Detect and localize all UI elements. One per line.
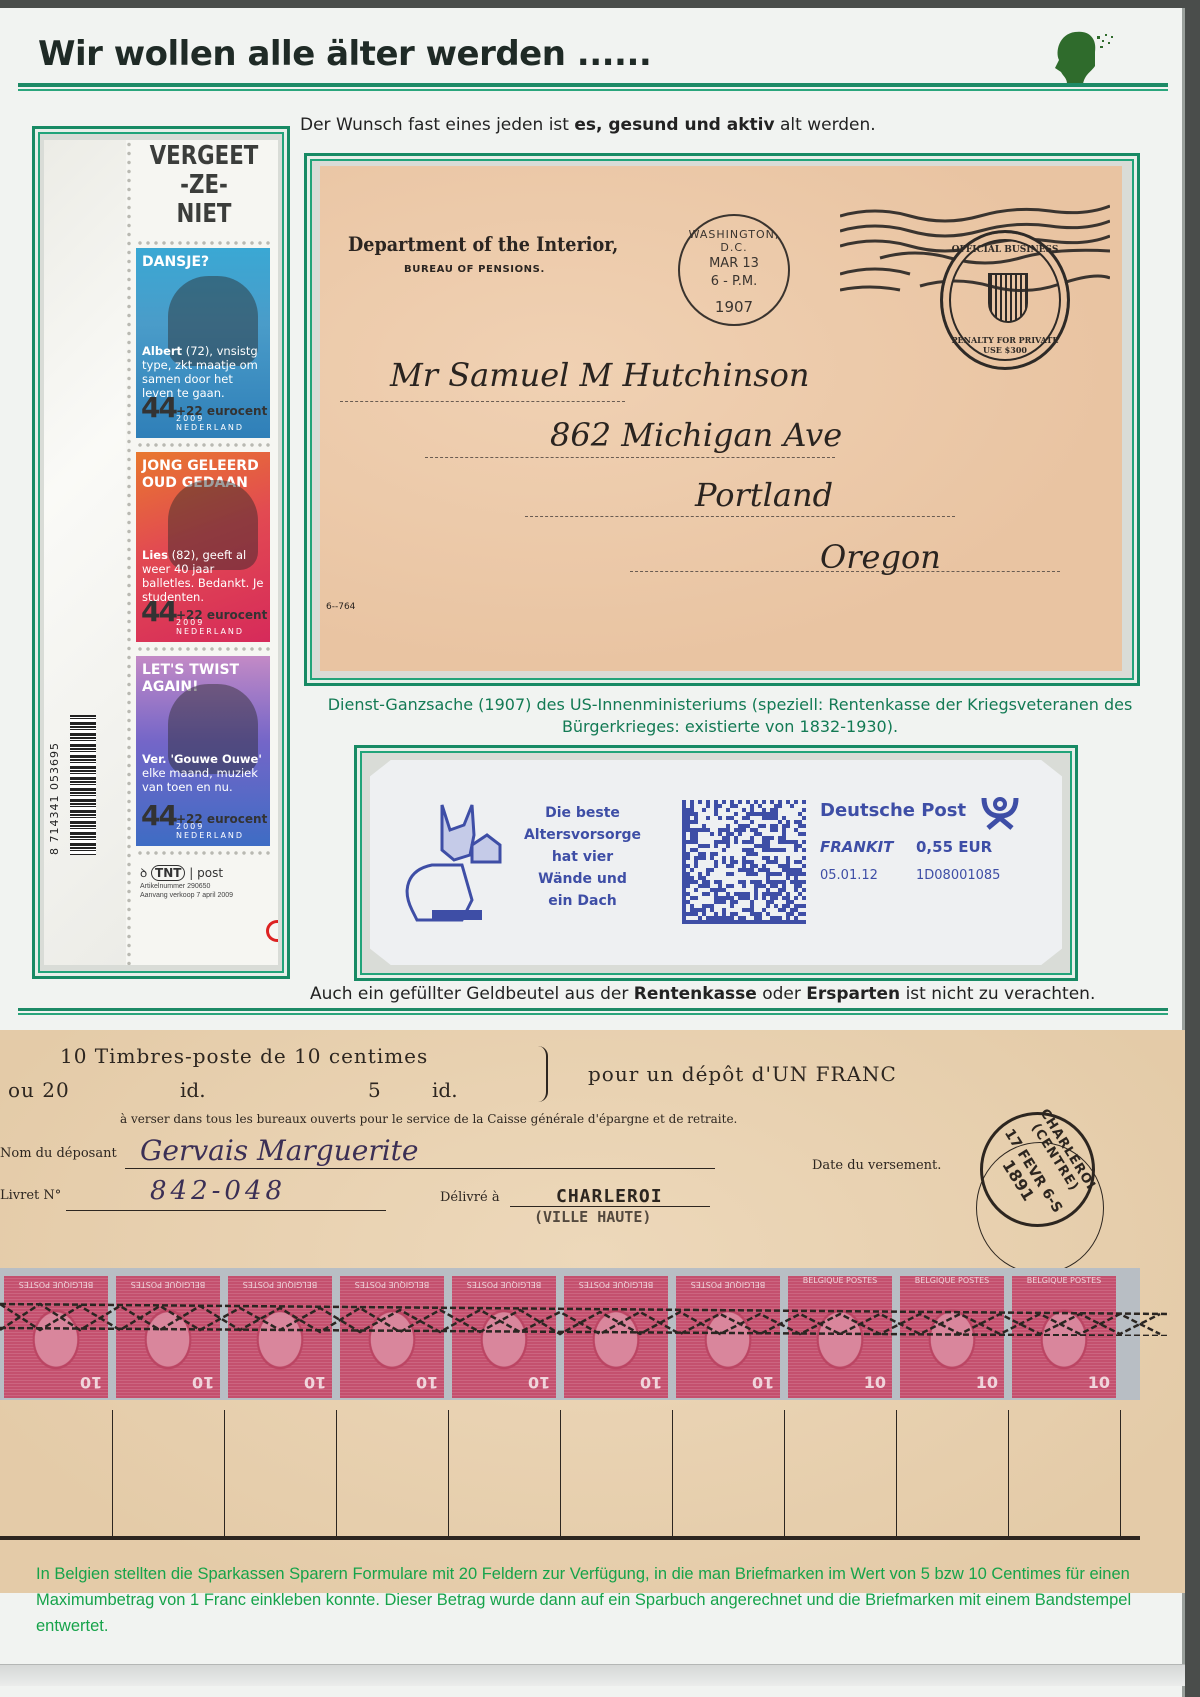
section-rule-thin	[18, 1013, 1168, 1015]
caption-post: ist nicht zu verachten.	[900, 984, 1095, 1004]
pension-bureau-cover: Department of the Interior, BUREAU OF PE…	[320, 166, 1122, 671]
washington-postmark: WASHINGTON, D.C. MAR 13 6 - P.M. 1907	[678, 214, 790, 326]
barcode-number: 8 714341 053695	[48, 715, 70, 855]
intro-bold: es, gesund und aktiv	[574, 115, 774, 135]
postmark-city: WASHINGTON, D.C.	[680, 228, 788, 254]
frankit-meter-cutout: Die beste Altersvorsorge hat vier Wände …	[370, 760, 1062, 965]
passbook-label: Livret N°	[0, 1188, 61, 1203]
tnt-post-logo: ꝺ TNT | post	[140, 864, 223, 881]
band-cancel	[0, 1296, 1170, 1336]
depositor-name: Gervais Marguerite	[140, 1134, 419, 1167]
postmark-time: 6 - P.M.	[680, 274, 788, 289]
perforation	[136, 646, 272, 652]
slogan-line: Altersvorsorge	[520, 824, 645, 846]
cover-department: Department of the Interior,	[348, 232, 618, 256]
stamp-value: 10	[1088, 1373, 1110, 1392]
stamp-value: 10	[192, 1373, 214, 1392]
address-name: Mr Samuel M Hutchinson	[390, 356, 810, 394]
stamp-country: BELGIQUE POSTES	[904, 1276, 1000, 1285]
intro-text: Der Wunsch fast eines jeden ist es, gesu…	[300, 115, 876, 135]
stamp-value: 10	[976, 1373, 998, 1392]
stamp-country: BELGIQUE POSTES	[568, 1280, 664, 1289]
belgian-10c-stamp: BELGIQUE POSTES10	[116, 1276, 220, 1398]
slogan-line: ein Dach	[520, 890, 645, 912]
head-dissolving-icon	[1045, 22, 1115, 92]
postmark-year: 1907	[680, 298, 788, 316]
caption-pre: Auch ein gefüllter Geldbeutel aus der	[310, 984, 634, 1004]
stamp-value: 10	[752, 1373, 774, 1392]
address-line	[525, 516, 955, 517]
stamp-dansje: DANSJE? Albert (72), vnsistg type, zkt m…	[136, 248, 270, 438]
meter-id: 1D08001085	[916, 868, 1000, 883]
address-state: Oregon	[820, 538, 941, 576]
belgian-10c-stamp: BELGIQUE POSTES10	[900, 1276, 1004, 1398]
stamp-value: 44	[141, 595, 176, 628]
logo-suffix: post	[197, 866, 223, 880]
slogan-line: Die beste	[520, 802, 645, 824]
belgian-10c-stamp: BELGIQUE POSTES10	[788, 1276, 892, 1398]
stamp-text: Ver. 'Gouwe Ouwe' elke maand, muziek van…	[142, 752, 266, 794]
title-line: DANSJE?	[142, 254, 209, 271]
header-rule-thin	[18, 89, 1168, 91]
header-rule	[18, 83, 1168, 87]
frankit-label: FRANKIT	[820, 838, 893, 856]
slogan-line: hat vier	[520, 846, 645, 868]
address-city: Portland	[695, 476, 833, 514]
belgian-10c-stamp: BELGIQUE POSTES10	[1012, 1276, 1116, 1398]
postmark-date: MAR 13	[680, 256, 788, 271]
stamp-country: BELGIQUE POSTES	[456, 1280, 552, 1289]
issued-at-label: Délivré à	[440, 1190, 500, 1205]
passbook-number: 842-048	[150, 1176, 286, 1206]
stamp-country: BELGIQUE POSTES	[680, 1280, 776, 1289]
passbook-line	[66, 1210, 386, 1211]
form-five: 5	[368, 1078, 381, 1102]
perforation	[136, 240, 272, 246]
form-instructions: à verser dans tous les bureaux ouverts p…	[120, 1112, 737, 1126]
form-id: id.	[180, 1078, 206, 1102]
stamp-value: 44	[141, 799, 176, 832]
belgian-10c-stamp: BELGIQUE POSTES10	[676, 1276, 780, 1398]
slogan-line: Wände und	[520, 868, 645, 890]
postage-value: 0,55 EUR	[916, 838, 992, 856]
stamp-jong-geleerd: JONG GELEERDOUD GEDAAN Lies (82), geeft …	[136, 452, 270, 642]
info-line: Artikelnummer 290650	[140, 882, 233, 891]
depositor-label: Nom du déposant	[0, 1146, 117, 1161]
belgian-10c-stamp: BELGIQUE POSTES10	[228, 1276, 332, 1398]
stamp-name: Ver. 'Gouwe Ouwe'	[142, 752, 262, 766]
info-line: Aanvang verkoop 7 april 2009	[140, 891, 233, 900]
belgian-savings-form: 10 Timbres-poste de 10 centimes ou 20 id…	[0, 1030, 1185, 1593]
datamatrix-code	[682, 800, 806, 924]
perforation	[136, 442, 272, 448]
stamp-country: BELGIQUE POSTES	[8, 1280, 104, 1289]
deutsche-post-brand: Deutsche Post	[820, 800, 966, 821]
eagle-shield-icon	[988, 273, 1028, 323]
seal-bottom-text: PENALTY FOR PRIVATE USE $300	[943, 335, 1067, 355]
field-divider	[1120, 1410, 1121, 1536]
stamp-sheetlet: VERGEET -ZE- NIET DANSJE? Albert (72), v…	[44, 140, 278, 965]
stamp-twist-again: LET'S TWISTAGAIN! Ver. 'Gouwe Ouwe' elke…	[136, 656, 270, 846]
stamp-country: BELGIQUE POSTES	[344, 1280, 440, 1289]
stamp-value: 10	[864, 1373, 886, 1392]
stamp-body: elke maand, muziek van toen en nu.	[142, 766, 258, 794]
form-id: id.	[432, 1078, 458, 1102]
field-divider	[336, 1410, 337, 1536]
title-line: LET'S TWIST	[142, 662, 239, 679]
address-line	[425, 457, 835, 458]
stamp-country: 2009 NEDERLAND	[176, 618, 270, 636]
field-divider	[784, 1410, 785, 1536]
title-line: JONG GELEERD	[142, 458, 259, 475]
stamp-name: Albert	[142, 344, 182, 358]
sheetlet-header: VERGEET -ZE- NIET	[147, 142, 262, 229]
stamp-value: 10	[80, 1373, 102, 1392]
stamp-value: 10	[304, 1373, 326, 1392]
official-business-seal: OFFICIAL BUSINESS PENALTY FOR PRIVATE US…	[940, 230, 1070, 370]
form-caption: In Belgien stellten die Sparkassen Spare…	[36, 1561, 1146, 1639]
caption-mid: oder	[757, 984, 806, 1004]
perforation	[136, 850, 272, 856]
meter-slogan: Die beste Altersvorsorge hat vier Wände …	[520, 802, 645, 912]
album-page: Wir wollen alle älter werden ...... Der …	[0, 8, 1185, 1697]
barcode	[70, 715, 96, 855]
stamp-value: 10	[528, 1373, 550, 1392]
form-line1: 10 Timbres-poste de 10 centimes	[60, 1044, 428, 1068]
stamp-title: DANSJE?	[142, 254, 209, 271]
section-rule	[18, 1008, 1168, 1011]
fox-with-house-icon	[402, 800, 502, 925]
logo-prefix: ꝺ	[140, 866, 147, 880]
field-divider	[448, 1410, 449, 1536]
belgian-10c-stamp: BELGIQUE POSTES10	[340, 1276, 444, 1398]
stamp-country: BELGIQUE POSTES	[792, 1276, 888, 1285]
cover-form-code: 6--764	[326, 602, 355, 612]
intro-pre: Der Wunsch fast eines jeden ist	[300, 115, 574, 135]
field-divider	[112, 1410, 113, 1536]
form-line2-prefix: ou 20	[8, 1078, 70, 1102]
stamp-value: 10	[416, 1373, 438, 1392]
field-divider	[224, 1410, 225, 1536]
belgian-10c-stamp: BELGIQUE POSTES10	[452, 1276, 556, 1398]
intro-post: alt werden.	[775, 115, 876, 135]
depositor-line	[125, 1168, 715, 1169]
header-line: -ZE-	[147, 171, 262, 200]
page-title: Wir wollen alle älter werden ......	[38, 34, 651, 74]
brace	[538, 1046, 548, 1102]
caption-bold: Ersparten	[806, 984, 900, 1004]
meter-date: 05.01.12	[820, 868, 878, 883]
red-corner-mark	[266, 920, 278, 942]
stamp-country: 2009 NEDERLAND	[176, 414, 270, 432]
posthorn-icon	[980, 794, 1020, 830]
logo-brand: TNT	[151, 865, 185, 881]
issued-at-stamp: CHARLEROI	[556, 1186, 663, 1207]
sheetlet-info: Artikelnummer 290650 Aanvang verkoop 7 a…	[140, 882, 233, 900]
payment-date-label: Date du versement.	[812, 1158, 941, 1173]
stamp-value: 44	[141, 391, 176, 424]
form-depot: pour un dépôt d'UN FRANC	[588, 1062, 897, 1086]
belgian-10c-stamp: BELGIQUE POSTES10	[564, 1276, 668, 1398]
stamp-country: BELGIQUE POSTES	[1016, 1276, 1112, 1285]
stamp-value: 10	[640, 1373, 662, 1392]
stamp-country: BELGIQUE POSTES	[232, 1280, 328, 1289]
field-divider	[672, 1410, 673, 1536]
field-divider	[896, 1410, 897, 1536]
meter-caption: Auch ein gefüllter Geldbeutel aus der Re…	[310, 984, 1170, 1004]
stamp-country: 2009 NEDERLAND	[176, 822, 270, 840]
belgian-10c-stamp: BELGIQUE POSTES10	[4, 1276, 108, 1398]
seal-top-text: OFFICIAL BUSINESS	[943, 245, 1067, 255]
perforation	[126, 140, 132, 965]
empty-stamp-fields	[0, 1410, 1140, 1540]
cover-caption: Dienst-Ganzsache (1907) des US-Innenmini…	[300, 694, 1160, 738]
issued-at-stamp-sub: (VILLE HAUTE)	[534, 1208, 651, 1226]
page-protector-edge	[0, 1664, 1185, 1686]
stamp-country: BELGIQUE POSTES	[120, 1280, 216, 1289]
header-line: NIET	[147, 200, 262, 229]
address-street: 862 Michigan Ave	[550, 416, 842, 454]
header-line: VERGEET	[147, 142, 262, 171]
caption-bold: Rentenkasse	[634, 984, 757, 1004]
stamp-name: Lies	[142, 548, 168, 562]
address-line	[340, 401, 625, 402]
cover-bureau: BUREAU OF PENSIONS.	[404, 264, 545, 275]
field-divider	[560, 1410, 561, 1536]
field-divider	[1008, 1410, 1009, 1536]
